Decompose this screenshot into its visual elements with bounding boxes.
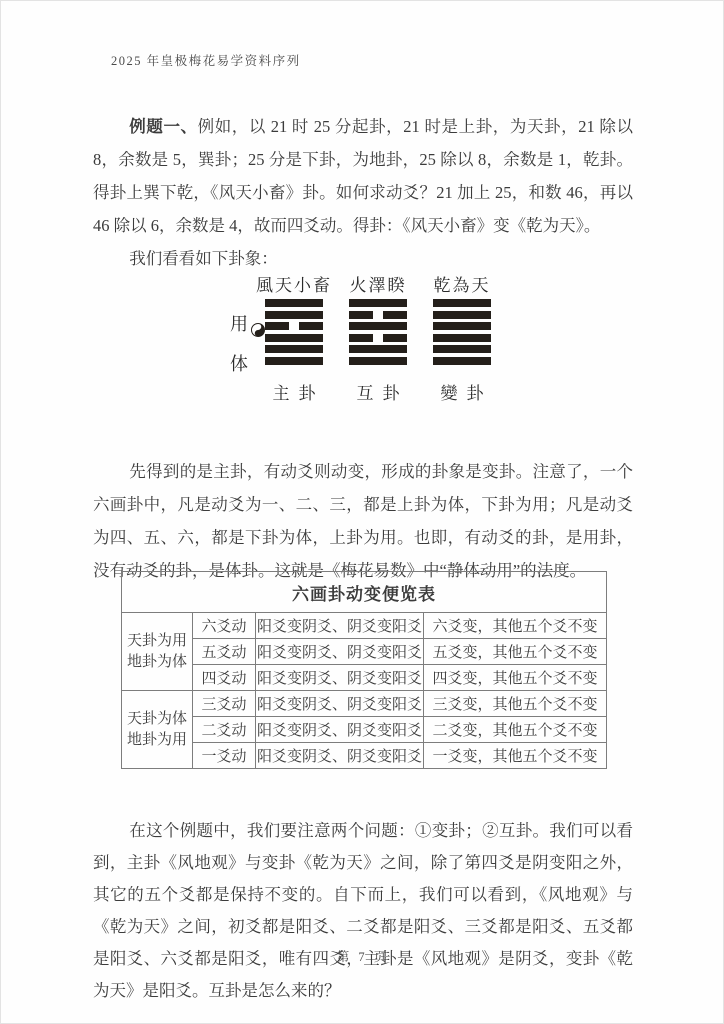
- table-row: 五爻动阳爻变阴爻、阴爻变阳爻五爻变，其他五个爻不变: [122, 639, 607, 665]
- table-cell-result: 一爻变，其他五个爻不变: [424, 743, 607, 769]
- ti-label: 体: [230, 350, 248, 376]
- table-cell-line: 四爻动: [193, 665, 256, 691]
- hexagram-name: 火澤睽: [350, 271, 407, 293]
- table-cell-result: 三爻变，其他五个爻不变: [424, 691, 607, 717]
- yang-line: [265, 299, 323, 307]
- paragraph-discussion: 在这个例题中，我们要注意两个问题：①变卦；②互卦。我们可以看到，主卦《风地观》与…: [93, 815, 633, 1007]
- yin-line: [349, 311, 407, 319]
- hexagram-lines: [349, 299, 407, 365]
- document-page: 2025 年皇极梅花易学资料序列 例题一、例如，以 21 时 25 分起卦，21…: [0, 0, 724, 1024]
- page-number: 第 7 页: [1, 947, 724, 965]
- change-table: 六画卦动变便览表天卦为用 地卦为体六爻动阳爻变阴爻、阴爻变阳爻六爻变，其他五个爻…: [121, 571, 607, 769]
- yang-line: [349, 299, 407, 307]
- paragraph-rule: 先得到的是主卦，有动爻则动变，形成的卦象是变卦。注意了，一个六画卦中，凡是动爻为…: [93, 455, 633, 587]
- table-group-label-1: 天卦为用 地卦为体: [122, 613, 193, 691]
- table-cell-line: 三爻动: [193, 691, 256, 717]
- page-header: 2025 年皇极梅花易学资料序列: [111, 51, 301, 69]
- yang-line: [265, 357, 323, 365]
- table-row: 四爻动阳爻变阴爻、阴爻变阳爻四爻变，其他五个爻不变: [122, 665, 607, 691]
- table-row: 天卦为体 地卦为用三爻动阳爻变阴爻、阴爻变阳爻三爻变，其他五个爻不变: [122, 691, 607, 717]
- hexagram-name: 乾為天: [434, 271, 491, 293]
- yang-line: [349, 322, 407, 330]
- hexagram-lines: [265, 299, 323, 365]
- table-cell-change-rule: 阳爻变阴爻、阴爻变阳爻: [256, 743, 424, 769]
- table-cell-result: 五爻变，其他五个爻不变: [424, 639, 607, 665]
- paragraph-example: 例题一、例如，以 21 时 25 分起卦，21 时是上卦，为天卦，21 除以 8…: [93, 110, 633, 242]
- hexagram-3: 乾為天變卦: [433, 269, 491, 404]
- yang-line: [265, 334, 323, 342]
- yang-line: [433, 357, 491, 365]
- yang-line: [433, 322, 491, 330]
- table-cell-line: 一爻动: [193, 743, 256, 769]
- hexagram-caption: 變卦: [432, 379, 493, 404]
- table-cell-change-rule: 阳爻变阴爻、阴爻变阳爻: [256, 691, 424, 717]
- yang-line: [265, 311, 323, 319]
- table-group-label-2: 天卦为体 地卦为用: [122, 691, 193, 769]
- hexagram-caption: 主卦: [264, 379, 325, 404]
- table-cell-change-rule: 阳爻变阴爻、阴爻变阳爻: [256, 639, 424, 665]
- table-title: 六画卦动变便览表: [122, 572, 607, 613]
- hexagram-2: 火澤睽互卦: [349, 269, 407, 404]
- yin-line: [349, 334, 407, 342]
- yang-line: [433, 334, 491, 342]
- yang-line: [433, 311, 491, 319]
- hexagram-caption: 互卦: [348, 379, 409, 404]
- table-cell-change-rule: 阳爻变阴爻、阴爻变阳爻: [256, 717, 424, 743]
- yong-label: 用: [230, 310, 248, 336]
- hexagram-1: 風天小畜主卦: [265, 269, 323, 404]
- table-cell-line: 二爻动: [193, 717, 256, 743]
- paragraph-lead-bold: 例题一、: [129, 117, 197, 136]
- table-title-row: 六画卦动变便览表: [122, 572, 607, 613]
- yang-line: [349, 357, 407, 365]
- yin-yang-icon: [251, 323, 265, 337]
- change-table-wrap: 六画卦动变便览表天卦为用 地卦为体六爻动阳爻变阴爻、阴爻变阳爻六爻变，其他五个爻…: [121, 571, 607, 769]
- table-row: 天卦为用 地卦为体六爻动阳爻变阴爻、阴爻变阳爻六爻变，其他五个爻不变: [122, 613, 607, 639]
- table-cell-line: 六爻动: [193, 613, 256, 639]
- hexagram-row: 風天小畜主卦火澤睽互卦乾為天變卦: [265, 269, 491, 404]
- table-row: 一爻动阳爻变阴爻、阴爻变阳爻一爻变，其他五个爻不变: [122, 743, 607, 769]
- yin-line: [265, 322, 323, 330]
- table-cell-result: 四爻变，其他五个爻不变: [424, 665, 607, 691]
- table-cell-change-rule: 阳爻变阴爻、阴爻变阳爻: [256, 613, 424, 639]
- table-cell-line: 五爻动: [193, 639, 256, 665]
- yang-line: [265, 345, 323, 353]
- table-row: 二爻动阳爻变阴爻、阴爻变阳爻二爻变，其他五个爻不变: [122, 717, 607, 743]
- hexagram-name: 風天小畜: [256, 271, 332, 293]
- yang-line: [433, 345, 491, 353]
- table-cell-result: 二爻变，其他五个爻不变: [424, 717, 607, 743]
- yang-line: [433, 299, 491, 307]
- yang-line: [349, 345, 407, 353]
- table-cell-change-rule: 阳爻变阴爻、阴爻变阳爻: [256, 665, 424, 691]
- hexagram-diagram: 用 体 風天小畜主卦火澤睽互卦乾為天變卦: [1, 269, 724, 404]
- table-cell-result: 六爻变，其他五个爻不变: [424, 613, 607, 639]
- hexagram-lines: [433, 299, 491, 365]
